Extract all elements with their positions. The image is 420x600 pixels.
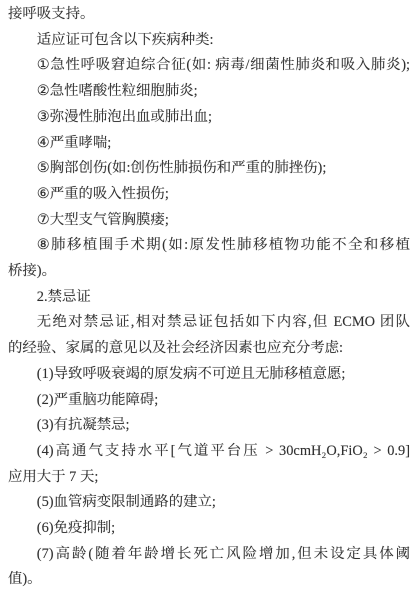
document-page: 接呼吸支持。 适应证可包含以下疾病种类: ①急性呼吸窘迫综合征(如: 病毒/细菌…: [0, 0, 420, 600]
line-contraindication-item-6: (6)免疫抑制;: [8, 516, 410, 542]
line-indication-item-5: ⑤胸部创伤(如:创伤性肺损伤和严重的肺挫伤);: [8, 156, 410, 182]
line-contraindication-item-3: (3)有抗凝禁忌;: [8, 413, 410, 439]
line-indication-item-8: ⑧肺移植围手术期(如:原发性肺移植物功能不全和移植: [8, 233, 410, 259]
line-indications-intro: 适应证可包含以下疾病种类:: [8, 28, 410, 54]
line-contraindication-item-5: (5)血管病变限制通路的建立;: [8, 490, 410, 516]
line-contraindications-heading: 2.禁忌证: [8, 285, 410, 311]
line-contraindication-item-2: (2)严重脑功能障碍;: [8, 388, 410, 414]
line-contraindications-intro: 无绝对禁忌证,相对禁忌证包括如下内容,但 ECMO 团队: [8, 310, 410, 336]
line-indication-item-2: ②急性嗜酸性粒细胞肺炎;: [8, 79, 410, 105]
line-indication-item-3: ③弥漫性肺泡出血或肺出血;: [8, 105, 410, 131]
line-contraindication-item-4-continued: 应用大于 7 天;: [8, 465, 410, 491]
line-contraindications-intro-continued: 的经验、家属的意见以及社会经济因素也应充分考虑:: [8, 336, 410, 362]
line-indication-item-7: ⑦大型支气管胸膜瘘;: [8, 208, 410, 234]
line-indication-item-6: ⑥严重的吸入性损伤;: [8, 182, 410, 208]
line-indication-item-1: ①急性呼吸窘迫综合征(如: 病毒/细菌性肺炎和吸入肺炎);: [8, 53, 410, 79]
line-contraindication-item-4: (4)高通气支持水平[气道平台压 > 30cmH₂O,FiO₂ > 0.9]: [8, 439, 410, 465]
line-continuation-respiratory-support: 接呼吸支持。: [8, 2, 410, 28]
line-contraindication-item-7-continued: 值)。: [8, 567, 410, 593]
line-contraindication-item-1: (1)导致呼吸衰竭的原发病不可逆且无肺移植意愿;: [8, 362, 410, 388]
line-indication-item-8-continued: 桥接)。: [8, 259, 410, 285]
line-indication-item-4: ④严重哮喘;: [8, 131, 410, 157]
line-contraindication-item-7: (7)高龄(随着年龄增长死亡风险增加,但未设定具体阈: [8, 542, 410, 568]
